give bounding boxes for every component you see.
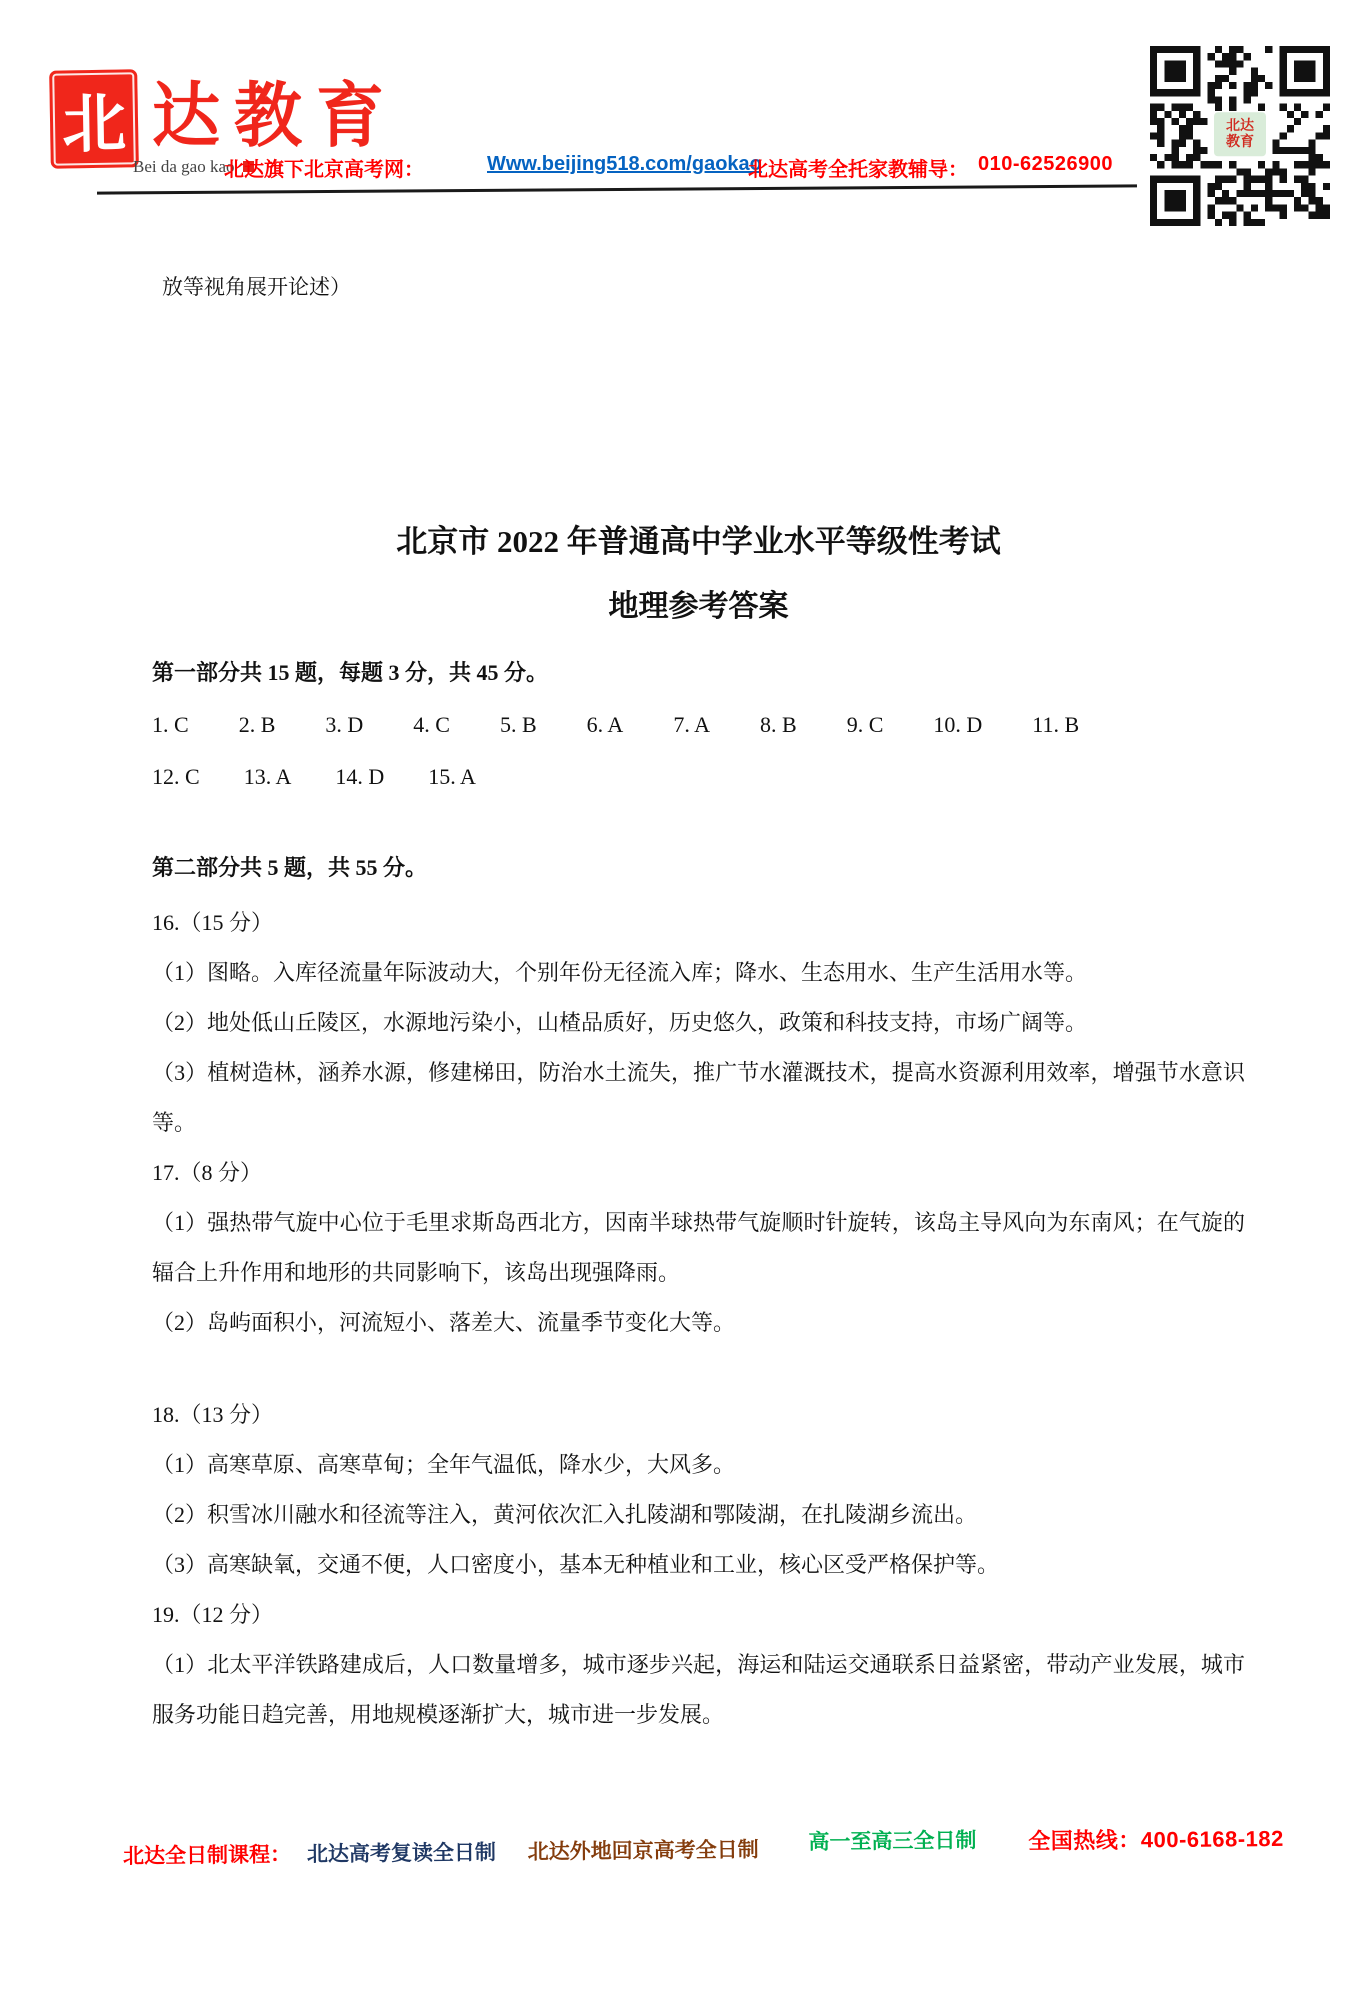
document-page: 北 达教育 Bei da gao kao 北达旗下北京高考网： Www.beij… [0, 0, 1358, 2008]
q17-head: 17.（8 分） [152, 1148, 1245, 1198]
answer-item: 2. B [239, 705, 276, 745]
document-body: 放等视角展开论述） 北京市 2022 年普通高中学业水平等级性考试 地理参考答案… [152, 0, 1245, 1740]
q18-answer-3: （3）高寒缺氧，交通不便，人口密度小，基本无种植业和工业，核心区受严格保护等。 [152, 1540, 1245, 1590]
page-title: 北京市 2022 年普通高中学业水平等级性考试 [152, 520, 1245, 564]
answer-item: 5. B [500, 705, 537, 745]
footer: 北达全日制课程： 北达高考复读全日制 北达外地回京高考全日制 高一至高三全日制 … [123, 1827, 1284, 1870]
part2-heading: 第二部分共 5 题，共 55 分。 [152, 848, 1245, 888]
q16-head: 16.（15 分） [152, 898, 1245, 948]
answer-item: 10. D [933, 705, 982, 745]
answer-item: 15. A [428, 757, 476, 797]
logo-seal-char: 北 [61, 72, 127, 165]
q18-answer-2: （2）积雪冰川融水和径流等注入，黄河依次汇入扎陵湖和鄂陵湖，在扎陵湖乡流出。 [152, 1490, 1245, 1540]
answer-item: 11. B [1032, 705, 1079, 745]
answers-row-1: 1. C 2. B 3. D 4. C 5. B 6. A 7. A 8. B … [152, 705, 1245, 745]
answer-item: 9. C [847, 705, 884, 745]
footer-hotline: 全国热线：400-6168-182 [1028, 1822, 1284, 1856]
q16-answer-1: （1）图略。入库径流量年际波动大，个别年份无径流入库；降水、生态用水、生产生活用… [152, 948, 1245, 998]
carryover-text: 放等视角展开论述） [152, 272, 1245, 302]
q18-head: 18.（13 分） [152, 1390, 1245, 1440]
answer-item: 8. B [760, 705, 797, 745]
answers-row-2: 12. C 13. A 14. D 15. A [152, 757, 1245, 797]
q17-answer-1: （1）强热带气旋中心位于毛里求斯岛西北方，因南半球热带气旋顺时针旋转，该岛主导风… [152, 1198, 1245, 1298]
answer-item: 14. D [335, 757, 384, 797]
footer-course-3: 高一至高三全日制 [808, 1824, 976, 1856]
q19-head: 19.（12 分） [152, 1590, 1245, 1640]
answer-item: 6. A [587, 705, 624, 745]
footer-courses-label: 北达全日制课程： [123, 1838, 291, 1870]
footer-course-2: 北达外地回京高考全日制 [528, 1833, 759, 1865]
answer-item: 7. A [673, 705, 710, 745]
answer-item: 13. A [244, 757, 292, 797]
part1-heading: 第一部分共 15 题，每题 3 分，共 45 分。 [152, 653, 1245, 693]
page-subtitle: 地理参考答案 [152, 585, 1245, 629]
answer-item: 12. C [152, 757, 200, 797]
q19-answer-1: （1）北太平洋铁路建成后，人口数量增多，城市逐步兴起，海运和陆运交通联系日益紧密… [152, 1640, 1245, 1740]
q17-answer-2: （2）岛屿面积小，河流短小、落差大、流量季节变化大等。 [152, 1298, 1245, 1348]
logo-seal-icon: 北 [49, 69, 139, 169]
footer-course-1: 北达高考复读全日制 [307, 1836, 496, 1868]
answer-item: 3. D [325, 705, 363, 745]
q16-answer-2: （2）地处低山丘陵区，水源地污染小，山楂品质好，历史悠久，政策和科技支持，市场广… [152, 998, 1245, 1048]
q16-answer-3: （3）植树造林，涵养水源，修建梯田，防治水土流失，推广节水灌溉技术，提高水资源利… [152, 1048, 1245, 1148]
answer-item: 1. C [152, 705, 189, 745]
answer-item: 4. C [413, 705, 450, 745]
q18-answer-1: （1）高寒草原、高寒草甸；全年气温低，降水少，大风多。 [152, 1440, 1245, 1490]
